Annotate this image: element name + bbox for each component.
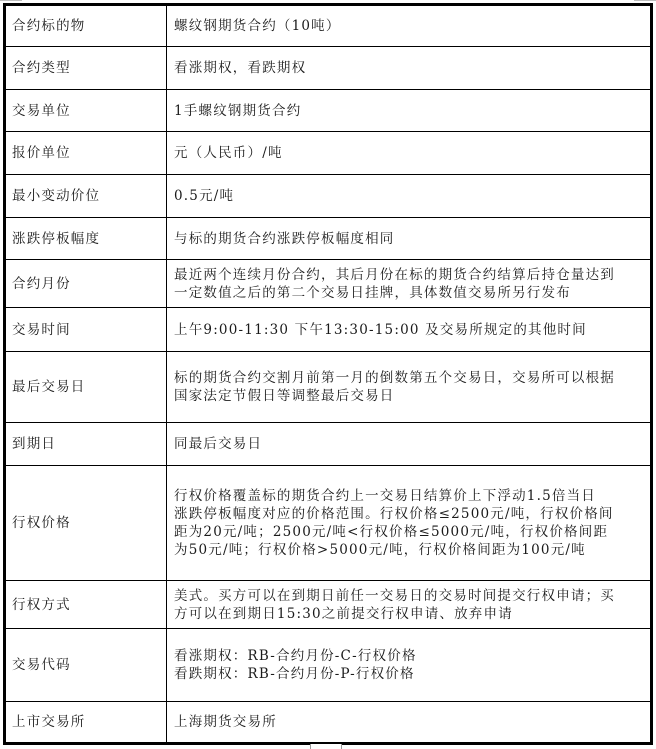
table-row: 报价单位元（人民币）/吨: [5, 132, 652, 175]
row-value: 美式。买方可以在到期日前任一交易日的交易时间提交行权申请；买方可以在到期日15:…: [167, 581, 652, 629]
row-label: 涨跌停板幅度: [5, 218, 167, 260]
row-value: 1手螺纹钢期货合约: [167, 90, 652, 132]
row-value-line: 方可以在到期日15:30之前提交行权申请、放弃申请: [174, 605, 646, 623]
row-value-line: 距为20元/吨；2500元/吨<行权价格≤5000元/吨，行权价格间距: [174, 523, 646, 541]
row-value: 0.5元/吨: [167, 175, 652, 218]
row-value: 行权价格覆盖标的期货合约上一交易日结算价上下浮动1.5倍当日涨跌停板幅度对应的价…: [167, 466, 652, 581]
table-row: 行权方式美式。买方可以在到期日前任一交易日的交易时间提交行权申请；买方可以在到期…: [5, 581, 652, 629]
table-row: 行权价格行权价格覆盖标的期货合约上一交易日结算价上下浮动1.5倍当日涨跌停板幅度…: [5, 466, 652, 581]
row-value: 与标的期货合约涨跌停板幅度相同: [167, 218, 652, 260]
row-value: 看涨期权：RB-合约月份-C-行权价格看跌期权：RB-合约月份-P-行权价格: [167, 629, 652, 702]
row-value: 标的期货合约交割月前第一月的倒数第五个交易日，交易所可以根据国家法定节假日等调整…: [167, 352, 652, 423]
row-label: 交易代码: [5, 629, 167, 702]
row-value: 元（人民币）/吨: [167, 132, 652, 175]
row-value-line: 看涨期权：RB-合约月份-C-行权价格: [174, 647, 646, 665]
row-value-line: 元（人民币）/吨: [174, 144, 646, 162]
row-value: 上午9:00-11:30 下午13:30-15:00 及交易所规定的其他时间: [167, 308, 652, 352]
row-value: 螺纹钢期货合约（10吨）: [167, 5, 652, 47]
row-value-line: 看跌期权：RB-合约月份-P-行权价格: [174, 665, 646, 683]
table-row: 最后交易日标的期货合约交割月前第一月的倒数第五个交易日，交易所可以根据国家法定节…: [5, 352, 652, 423]
table-row: 涨跌停板幅度与标的期货合约涨跌停板幅度相同: [5, 218, 652, 260]
row-value-line: 与标的期货合约涨跌停板幅度相同: [174, 230, 646, 248]
row-label: 最后交易日: [5, 352, 167, 423]
row-label: 交易单位: [5, 90, 167, 132]
row-value-line: 最近两个连续月份合约，其后月份在标的期货合约结算后持仓量达到: [174, 266, 646, 284]
table-row: 到期日同最后交易日: [5, 423, 652, 466]
row-value-line: 0.5元/吨: [174, 187, 646, 205]
page-corner-mark-right: [634, 0, 656, 1]
row-label: 合约月份: [5, 260, 167, 308]
row-label: 行权价格: [5, 466, 167, 581]
contract-spec-table: 合约标的物螺纹钢期货合约（10吨）合约类型看涨期权，看跌期权交易单位1手螺纹钢期…: [3, 3, 653, 745]
table-row: 交易代码看涨期权：RB-合约月份-C-行权价格看跌期权：RB-合约月份-P-行权…: [5, 629, 652, 702]
row-value-line: 一定数值之后的第二个交易日挂牌，具体数值交易所另行发布: [174, 284, 646, 302]
table-row: 最小变动价位0.5元/吨: [5, 175, 652, 218]
contract-spec-table-body: 合约标的物螺纹钢期货合约（10吨）合约类型看涨期权，看跌期权交易单位1手螺纹钢期…: [5, 5, 652, 744]
row-value-line: 行权价格覆盖标的期货合约上一交易日结算价上下浮动1.5倍当日: [174, 487, 646, 505]
row-label: 行权方式: [5, 581, 167, 629]
table-row: 交易时间上午9:00-11:30 下午13:30-15:00 及交易所规定的其他…: [5, 308, 652, 352]
row-value-line: 上海期货交易所: [174, 713, 646, 731]
row-value-line: 看涨期权，看跌期权: [174, 59, 646, 77]
row-label: 交易时间: [5, 308, 167, 352]
row-label: 到期日: [5, 423, 167, 466]
table-row: 上市交易所上海期货交易所: [5, 702, 652, 744]
row-label: 合约标的物: [5, 5, 167, 47]
row-value-line: 上午9:00-11:30 下午13:30-15:00 及交易所规定的其他时间: [174, 321, 646, 339]
row-value-line: 为50元/吨；行权价格>5000元/吨，行权价格间距为100元/吨: [174, 541, 646, 559]
row-value-line: 螺纹钢期货合约（10吨）: [174, 17, 646, 35]
row-value: 看涨期权，看跌期权: [167, 47, 652, 90]
row-value-line: 国家法定节假日等调整最后交易日: [174, 387, 646, 405]
table-row: 合约标的物螺纹钢期货合约（10吨）: [5, 5, 652, 47]
row-label: 上市交易所: [5, 702, 167, 744]
row-value: 同最后交易日: [167, 423, 652, 466]
row-value-line: 标的期货合约交割月前第一月的倒数第五个交易日，交易所可以根据: [174, 369, 646, 387]
row-value: 上海期货交易所: [167, 702, 652, 744]
row-label: 最小变动价位: [5, 175, 167, 218]
page-bottom-marker: [310, 744, 342, 749]
row-value-line: 涨跌停板幅度对应的价格范围。行权价格≤2500元/吨，行权价格间: [174, 505, 646, 523]
row-label: 合约类型: [5, 47, 167, 90]
row-value-line: 1手螺纹钢期货合约: [174, 102, 646, 120]
row-value-line: 同最后交易日: [174, 435, 646, 453]
row-value-line: 美式。买方可以在到期日前任一交易日的交易时间提交行权申请；买: [174, 587, 646, 605]
row-value: 最近两个连续月份合约，其后月份在标的期货合约结算后持仓量达到一定数值之后的第二个…: [167, 260, 652, 308]
table-row: 合约类型看涨期权，看跌期权: [5, 47, 652, 90]
table-row: 合约月份最近两个连续月份合约，其后月份在标的期货合约结算后持仓量达到一定数值之后…: [5, 260, 652, 308]
table-row: 交易单位1手螺纹钢期货合约: [5, 90, 652, 132]
page-corner-mark-left: [0, 0, 22, 1]
row-label: 报价单位: [5, 132, 167, 175]
